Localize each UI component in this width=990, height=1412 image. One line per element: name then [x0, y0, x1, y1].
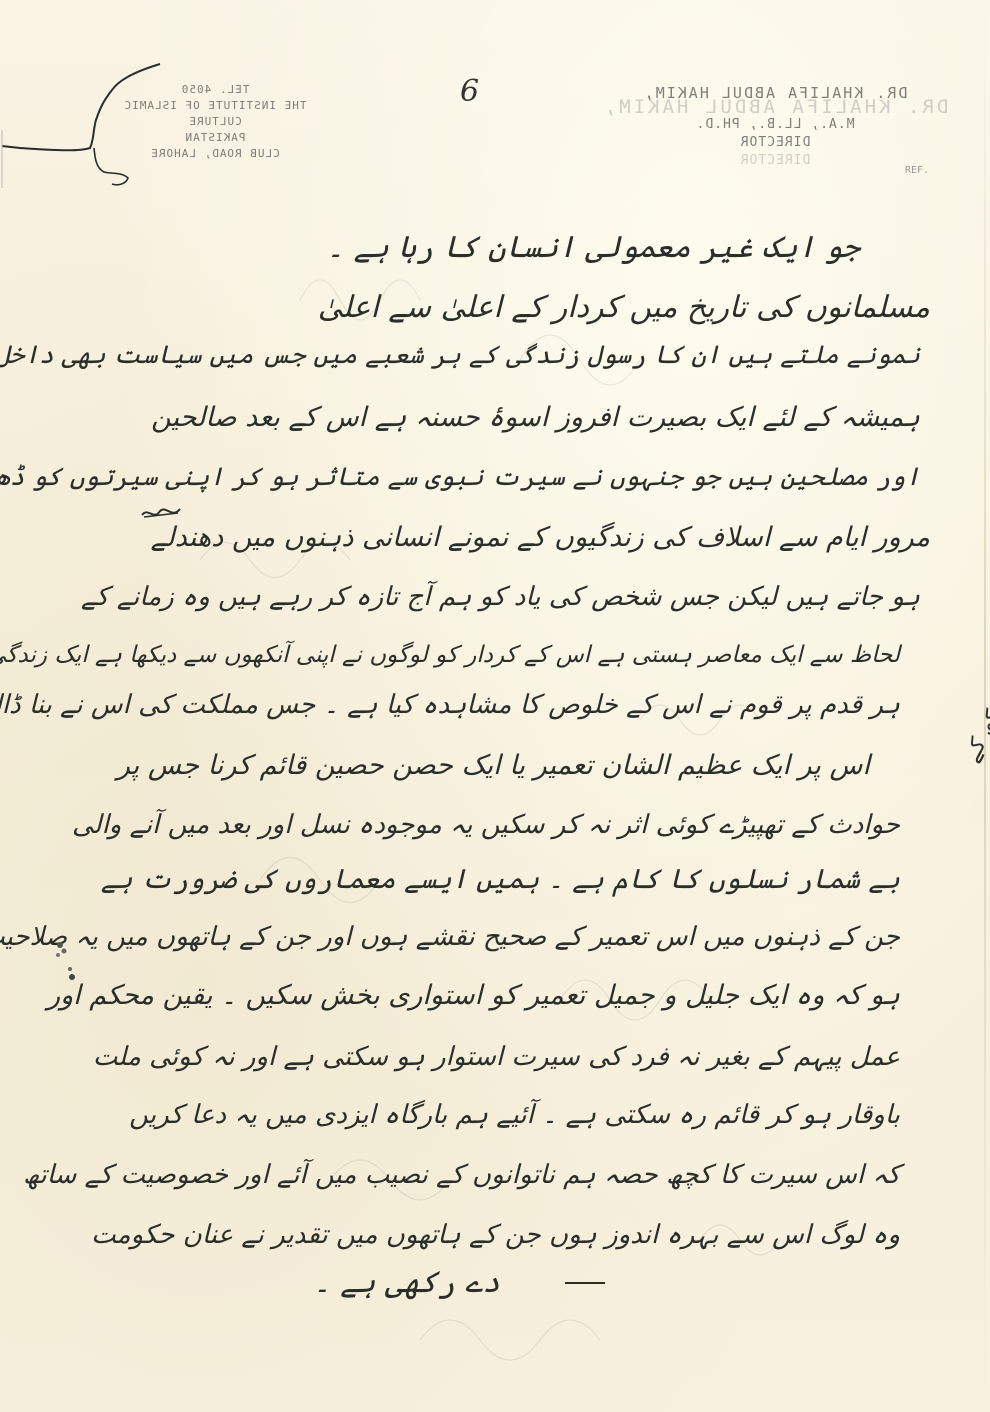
letterhead-degrees: M.A., LL.B., PH.D.: [590, 116, 960, 134]
manuscript-line: اس پر ایک عظیم الشان تعمیر یا ایک حصن حص…: [117, 750, 870, 781]
strikethrough-scribble: [140, 505, 182, 523]
letterhead-org-line1: THE INSTITUTE OF ISLAMIC CULTURE: [95, 98, 335, 130]
closing-dash: [565, 1282, 605, 1284]
letterhead-ghost-name: DR. KHALIFA ABDUL HAKIM,: [590, 98, 960, 116]
manuscript-line: مسلمانوں کی تاریخ میں کردار کے اعلیٰ سے …: [318, 290, 930, 325]
ink-blot: [50, 935, 80, 985]
manuscript-line: عمل پیہم کے بغیر نہ فرد کی سیرت استوار ہ…: [93, 1042, 900, 1072]
manuscript-line: لحاظ سے ایک معاصر ہستی ہے اس کے کردار کو…: [0, 642, 900, 668]
letterhead-ref: REF.: [905, 165, 929, 176]
letterhead-tel: TEL. 4050: [95, 82, 335, 98]
manuscript-line: ہر قدم پر قوم نے اس کے خلوص کا مشاہدہ کی…: [0, 690, 900, 720]
manuscript-line: بے شمار نسلوں کا کام ہے ۔ ہمیں ایسے معما…: [101, 864, 900, 895]
manuscript-line: ہمیشہ کے لئے ایک بصیرت افروز اسوۂ حسنہ ہ…: [151, 402, 920, 433]
manuscript-line: وہ لوگ اس سے بہرہ اندوز ہوں جن کے ہاتھوں…: [91, 1220, 900, 1250]
manuscript-line: مرور ایام سے اسلاف کی زندگیوں کے نمونے ا…: [151, 522, 930, 553]
letterhead-address: CLUB ROAD, LAHORE: [95, 146, 335, 162]
manuscript-line: جو ایک غیر معمولی انسان کا رہا ہے ۔: [327, 230, 860, 265]
letterhead-institute: TEL. 4050 THE INSTITUTE OF ISLAMIC CULTU…: [95, 82, 335, 162]
manuscript-line: حوادث کے تھپیڑے کوئی اثر نہ کر سکیں یہ م…: [72, 810, 900, 840]
manuscript-line: نمونے ملتے ہیں ان کا رسول زندگی کے ہر شع…: [0, 340, 920, 369]
manuscript-line: کہ اس سیرت کا کچھ حصہ ہم ناتوانوں کے نصی…: [23, 1160, 900, 1190]
letterhead-org-line2: PAKISTAN: [95, 130, 335, 146]
manuscript-line: دے رکھی ہے ۔: [313, 1265, 500, 1300]
manuscript-line: باوقار ہو کر قائم رہ سکتی ہے ۔ آئیے ہم ب…: [129, 1100, 900, 1130]
manuscript-line: ہو جاتے ہیں لیکن جس شخص کی یاد کو ہم آج …: [81, 582, 920, 612]
letterhead-title: DIRECTOR: [590, 134, 960, 152]
manuscript-line: جن کے ذہنوں میں اس تعمیر کے صحیح نقشے ہو…: [0, 922, 900, 952]
manuscript-line: اور مصلحین ہیں جو جنہوں نے سیرت نبوی سے …: [0, 462, 920, 491]
page-number: 6: [460, 74, 479, 109]
letterhead-director: DR. KHALIFA ABDUL HAKIM, DR. KHALIFA ABD…: [590, 84, 960, 170]
manuscript-line: ہو کہ وہ ایک جلیل و جمیل تعمیر کو استوار…: [47, 980, 900, 1011]
